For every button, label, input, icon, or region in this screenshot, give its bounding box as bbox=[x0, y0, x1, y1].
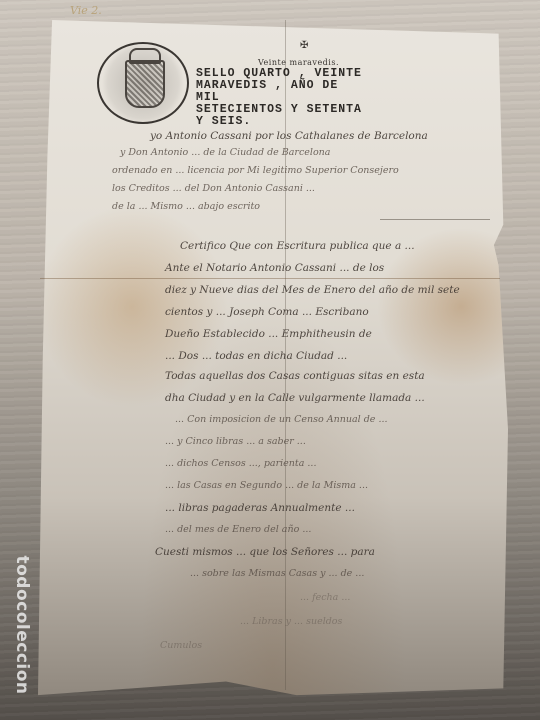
handwriting-line: ... sobre las Mismas Casas y ... de ... bbox=[190, 568, 364, 579]
watermark-text: todocoleccion bbox=[12, 535, 32, 715]
handwriting-line: ordenado en ... licencia por Mi legitimo… bbox=[112, 165, 399, 176]
handwriting-line: ... Libras y ... sueldos bbox=[240, 616, 342, 627]
handwriting-line: ... dichos Censos ..., parienta ... bbox=[165, 458, 316, 469]
handwriting-line: ... Con imposicion de un Censo Annual de… bbox=[175, 414, 388, 425]
handwriting-line: cientos y ... Joseph Coma ... Escribano bbox=[165, 306, 369, 318]
handwriting-line: Ante el Notario Antonio Cassani ... de l… bbox=[165, 262, 384, 274]
corner-pencil-note: Vie 2. bbox=[70, 4, 102, 17]
handwriting-line: y Don Antonio ... de la Ciudad de Barcel… bbox=[120, 147, 330, 158]
signature-rule bbox=[380, 219, 490, 220]
handwriting-line: ... libras pagaderas Annualmente ... bbox=[165, 502, 355, 514]
stamp-small-line: Veinte maravedis. bbox=[258, 58, 339, 67]
handwriting-line: ... fecha ... bbox=[300, 592, 350, 603]
stamp-line: MARAVEDIS , AÑO DE MIL bbox=[196, 80, 366, 104]
handwriting-line: dha Ciudad y en la Calle vulgarmente lla… bbox=[165, 392, 425, 404]
royal-seal-stamp-icon bbox=[97, 42, 189, 124]
handwriting-line: ... del mes de Enero del año ... bbox=[165, 524, 311, 535]
handwriting-line: Cuesti mismos ... que los Señores ... pa… bbox=[155, 546, 375, 558]
handwriting-line: de la ... Mismo ... abajo escrito bbox=[112, 201, 260, 212]
handwriting-line: los Creditos ... del Don Antonio Cassani… bbox=[112, 183, 315, 194]
handwriting-line: Certifico Que con Escritura publica que … bbox=[180, 240, 415, 252]
handwriting-line: ... Dos ... todas en dicha Ciudad ... bbox=[165, 350, 347, 362]
handwriting-line: Cumulos bbox=[160, 640, 202, 651]
handwriting-line: diez y Nueve dias del Mes de Enero del a… bbox=[165, 284, 460, 296]
handwriting-line: ... y Cinco libras ... a saber ... bbox=[165, 436, 306, 447]
handwriting-line: Dueño Establecido ... Emphitheusin de bbox=[165, 328, 372, 340]
stamp-line: Y SEIS. bbox=[196, 116, 366, 128]
handwriting-line: Todas aquellas dos Casas contiguas sitas… bbox=[165, 370, 425, 382]
handwriting-line: ... las Casas en Segundo ... de la Misma… bbox=[165, 480, 368, 491]
horizontal-fold-crease bbox=[40, 278, 500, 279]
handwriting-line: yo Antonio Cassani por los Cathalanes de… bbox=[150, 130, 428, 142]
cross-emblem-icon: ✠ bbox=[300, 40, 308, 51]
printed-stamp-text: SELLO QUARTO , VEINTE MARAVEDIS , AÑO DE… bbox=[196, 68, 366, 128]
